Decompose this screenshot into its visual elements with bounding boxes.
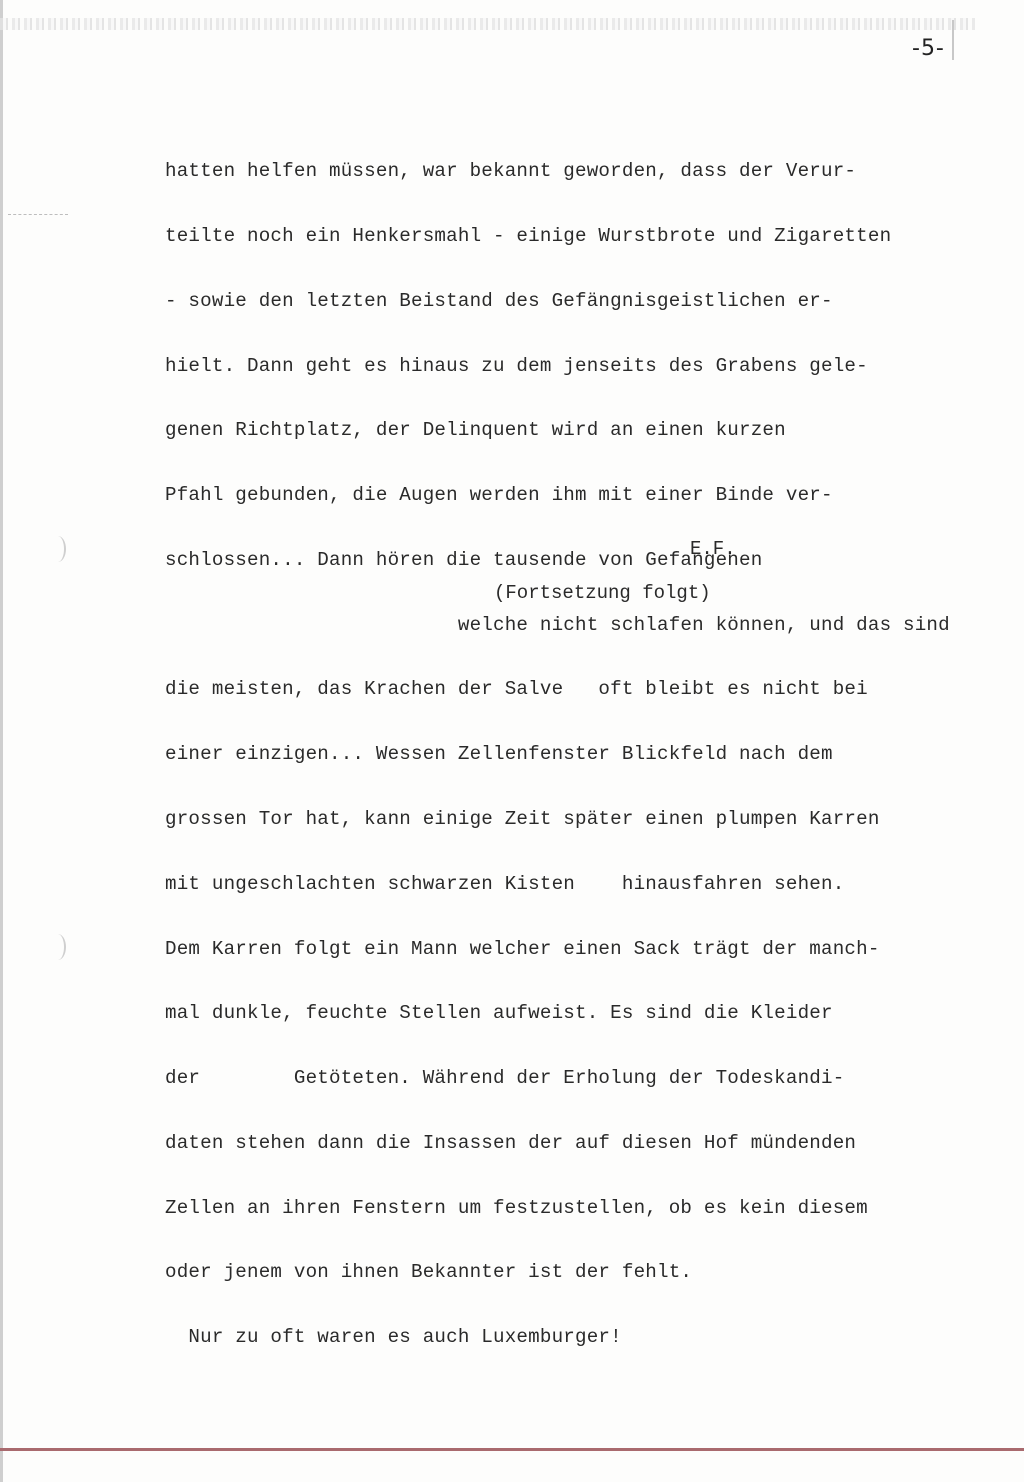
punch-hole-icon bbox=[50, 536, 66, 562]
scan-right-edge bbox=[952, 20, 954, 60]
continuation-note: (Fortsetzung folgt) bbox=[494, 582, 711, 604]
text-line: mit ungeschlachten schwarzen Kisten hina… bbox=[165, 874, 985, 896]
text-line: welche nicht schlafen können, und das si… bbox=[165, 615, 985, 637]
margin-mark bbox=[8, 214, 68, 216]
text-line: grossen Tor hat, kann einige Zeit später… bbox=[165, 809, 985, 831]
text-line: hatten helfen müssen, war bekannt geword… bbox=[165, 161, 985, 183]
text-line: hielt. Dann geht es hinaus zu dem jensei… bbox=[165, 356, 985, 378]
page-number: -5- bbox=[912, 36, 945, 61]
text-line: der Getöteten. Während der Erholung der … bbox=[165, 1068, 985, 1090]
scan-top-edge bbox=[0, 18, 975, 30]
bottom-red-rule bbox=[0, 1448, 1024, 1451]
text-line: daten stehen dann die Insassen der auf d… bbox=[165, 1133, 985, 1155]
text-line: mal dunkle, feuchte Stellen aufweist. Es… bbox=[165, 1003, 985, 1025]
text-line: einer einzigen... Wessen Zellenfenster B… bbox=[165, 744, 985, 766]
text-line: die meisten, das Krachen der Salve oft b… bbox=[165, 679, 985, 701]
text-line: schlossen... Dann hören die tausende von… bbox=[165, 550, 985, 572]
text-line: Nur zu oft waren es auch Luxemburger! bbox=[165, 1327, 985, 1349]
text-line: oder jenem von ihnen Bekannter ist der f… bbox=[165, 1262, 985, 1284]
text-line: teilte noch ein Henkersmahl - einige Wur… bbox=[165, 226, 985, 248]
text-line: genen Richtplatz, der Delinquent wird an… bbox=[165, 420, 985, 442]
text-line: Pfahl gebunden, die Augen werden ihm mit… bbox=[165, 485, 985, 507]
typewritten-body: hatten helfen müssen, war bekannt geword… bbox=[165, 118, 985, 1370]
text-line: Dem Karren folgt ein Mann welcher einen … bbox=[165, 939, 985, 961]
punch-hole-icon bbox=[50, 934, 66, 960]
scan-left-edge bbox=[0, 0, 3, 1482]
author-signature: E.F. bbox=[690, 538, 736, 560]
text-line: - sowie den letzten Beistand des Gefängn… bbox=[165, 291, 985, 313]
text-line: Zellen an ihren Fenstern um festzustelle… bbox=[165, 1198, 985, 1220]
